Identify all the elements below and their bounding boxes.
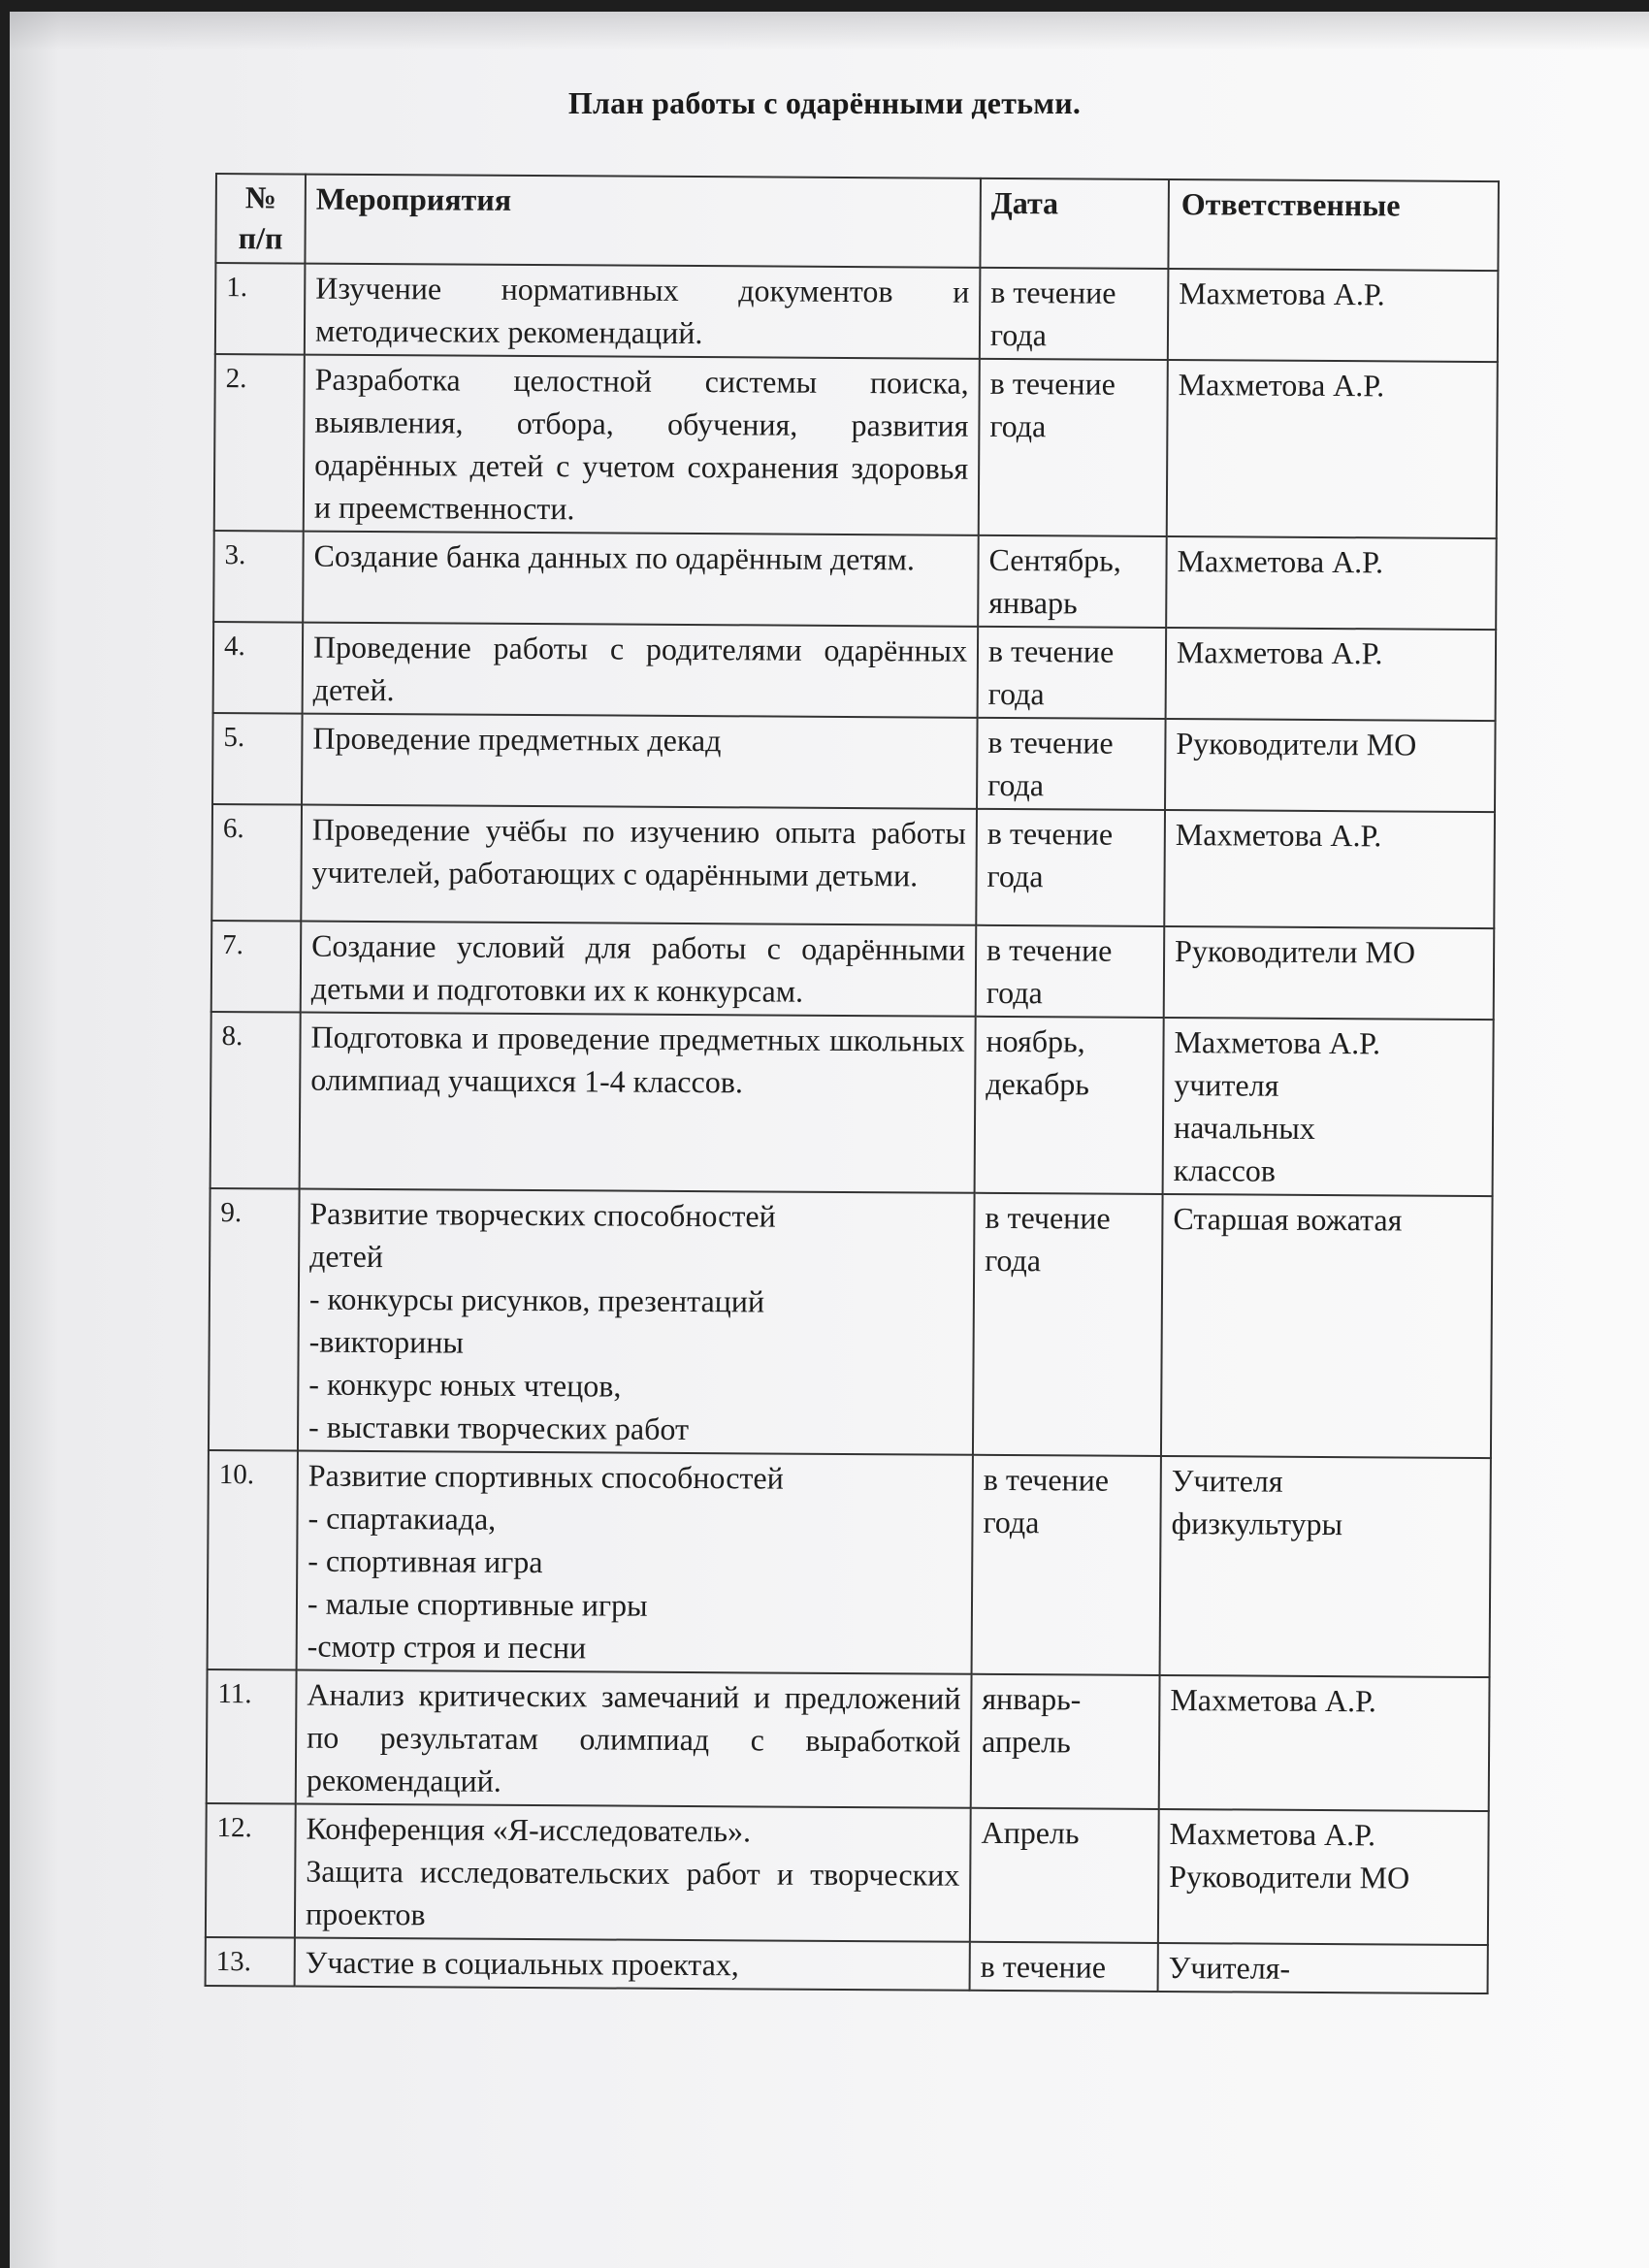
event-cell-line: Проведение учёбы по изучению опыта работ…	[311, 808, 966, 897]
event-cell-line: Участие в социальных проектах,	[306, 1941, 959, 1988]
date-cell: в течениегода	[980, 268, 1169, 360]
event-cell-line: Защита исследовательских работ и творчес…	[306, 1850, 960, 1939]
document-title: План работы с одарёнными детьми.	[0, 85, 1649, 121]
event-cell-line: -смотр строя и песни	[307, 1625, 961, 1671]
responsible-cell-line: Старшая вожатая	[1173, 1197, 1481, 1242]
date-cell-line: в течение	[987, 721, 1154, 764]
event-cell: Разработка целостной системы поиска, выя…	[304, 355, 980, 535]
date-cell-line: года	[988, 672, 1155, 716]
date-cell-line: в течение	[984, 1458, 1150, 1502]
responsible-cell-line: Руководители МО	[1176, 722, 1484, 766]
scan-shadow	[10, 12, 1649, 50]
date-cell: в течениегода	[979, 359, 1168, 536]
row-number: 13.	[206, 1937, 295, 1987]
date-cell: Апрель	[970, 1808, 1159, 1943]
table-row: 6.Проведение учёбы по изучению опыта раб…	[211, 804, 1495, 928]
responsible-cell-line: физкультуры	[1171, 1502, 1479, 1546]
date-cell: январь-апрель	[971, 1674, 1160, 1809]
event-cell-line: детей	[309, 1235, 963, 1281]
row-number: 1.	[215, 263, 306, 355]
event-cell: Подготовка и проведение предметных школь…	[300, 1013, 976, 1193]
event-cell-line: Создание банка данных по одарённым детям…	[313, 535, 967, 581]
date-cell-line: Сентябрь,	[988, 538, 1155, 582]
event-cell: Проведение учёбы по изучению опыта работ…	[301, 805, 977, 925]
date-cell: в течениегода	[976, 809, 1165, 926]
table-row: 9.Развитие творческих способностейдетей-…	[209, 1188, 1493, 1458]
date-cell: ноябрь,декабрь	[975, 1017, 1164, 1194]
row-number: 3.	[213, 531, 304, 623]
responsible-cell: Учителя-	[1158, 1943, 1488, 1993]
event-cell-line: -викторины	[309, 1320, 963, 1367]
date-cell-line: в течение	[988, 630, 1155, 673]
date-cell-line: Апрель	[981, 1811, 1148, 1855]
responsible-cell: Руководители МО	[1164, 926, 1495, 1020]
responsible-cell: Махметова А.Р.	[1164, 810, 1495, 928]
table-row: 7.Создание условий для работы с одарённы…	[211, 921, 1495, 1020]
responsible-cell-line: Учителя	[1172, 1459, 1480, 1504]
event-cell: Конференция «Я-исследователь».Защита исс…	[295, 1804, 971, 1942]
responsible-cell-line: Махметова А.Р.	[1170, 1678, 1478, 1723]
date-cell-line: январь-	[982, 1677, 1148, 1721]
event-cell-line: - спортивная игра	[307, 1539, 961, 1586]
responsible-cell-line: Махметова А.Р.	[1176, 813, 1484, 858]
date-cell: Сентябрь,январь	[978, 535, 1167, 628]
responsible-cell-line: Учителя-	[1169, 1946, 1477, 1991]
row-number: 8.	[210, 1012, 301, 1189]
date-cell-line: года	[990, 313, 1157, 357]
date-cell-line: январь	[988, 581, 1155, 625]
event-cell: Проведение работы с родителями одарённых…	[303, 623, 979, 718]
row-number: 7.	[211, 921, 302, 1013]
responsible-cell-line: учителя	[1174, 1063, 1482, 1108]
table-row: 3.Создание банка данных по одарённым дет…	[213, 531, 1497, 630]
event-cell: Развитие творческих способностейдетей- к…	[298, 1189, 975, 1455]
responsible-cell: Махметова А.Р.	[1168, 269, 1499, 362]
responsible-cell: Учителяфизкультуры	[1160, 1456, 1491, 1677]
event-cell-line: Проведение предметных декад	[312, 717, 966, 763]
event-cell-line: Развитие творческих способностей	[309, 1192, 963, 1239]
table-row: 10.Развитие спортивных способностей- спа…	[208, 1450, 1491, 1677]
responsible-cell: Махметова А.Р.	[1167, 360, 1498, 538]
date-cell-line: в течение	[981, 1945, 1148, 1989]
responsible-cell-line: начальных	[1174, 1106, 1482, 1150]
date-cell-line: года	[986, 971, 1153, 1015]
event-cell-line: Анализ критических замечаний и предложен…	[307, 1673, 961, 1805]
date-cell-line: ноябрь,	[986, 1020, 1152, 1063]
event-cell-line: - спартакиада,	[307, 1497, 961, 1543]
responsible-cell-line: Махметова А.Р.	[1179, 272, 1487, 316]
responsible-cell-line: Руководители МО	[1175, 929, 1483, 974]
date-cell-line: в течение	[987, 812, 1154, 856]
event-cell-line: Подготовка и проведение предметных школь…	[310, 1016, 965, 1105]
date-cell: в течениегода	[976, 925, 1165, 1018]
row-number: 9.	[209, 1188, 300, 1451]
event-cell-line: Проведение работы с родителями одарённых…	[313, 626, 968, 715]
row-number: 2.	[214, 354, 305, 532]
responsible-cell-line: Махметова А.Р.	[1177, 631, 1485, 675]
event-cell-line: Создание условий для работы с одарёнными…	[311, 924, 966, 1014]
date-cell-line: в течение	[985, 1196, 1151, 1240]
table-row: 11.Анализ критических замечаний и предло…	[207, 1669, 1490, 1811]
table-row: 13.Участие в социальных проектах,в течен…	[206, 1937, 1488, 1993]
table-row: 4.Проведение работы с родителями одарённ…	[213, 622, 1497, 721]
date-cell-line: года	[987, 763, 1154, 807]
table-row: 1.Изучение нормативных документов и мето…	[215, 263, 1499, 362]
header-number: № п/п	[215, 174, 306, 264]
event-cell: Создание условий для работы с одарёнными…	[301, 922, 977, 1017]
responsible-cell-line: Махметова А.Р.	[1169, 1812, 1477, 1857]
date-cell: в течение	[970, 1942, 1158, 1992]
responsible-cell: Махметова А.Р.	[1166, 628, 1497, 721]
date-cell: в течениегода	[973, 1193, 1163, 1456]
header-date: Дата	[980, 178, 1169, 269]
date-cell-line: в течение	[990, 271, 1157, 314]
event-cell: Анализ критических замечаний и предложен…	[296, 1670, 972, 1808]
row-number: 11.	[207, 1669, 297, 1804]
date-cell: в течениегода	[977, 718, 1166, 810]
table-header-row: № п/п Мероприятия Дата Ответственные	[215, 174, 1499, 271]
table-row: 5.Проведение предметных декадв течениего…	[212, 713, 1496, 812]
responsible-cell: Старшая вожатая	[1161, 1194, 1493, 1458]
date-cell-line: года	[985, 1239, 1151, 1282]
responsible-cell: Махметова А.Р.	[1159, 1675, 1490, 1811]
responsible-cell: Руководители МО	[1165, 719, 1496, 812]
date-cell-line: декабрь	[986, 1062, 1152, 1106]
event-cell-line: Развитие спортивных способностей	[308, 1454, 962, 1501]
date-cell-line: в течение	[986, 928, 1153, 972]
responsible-cell-line: классов	[1174, 1149, 1482, 1193]
table-row: 8.Подготовка и проведение предметных шко…	[210, 1012, 1494, 1196]
event-cell-line: - конкурс юных чтецов,	[308, 1363, 962, 1409]
table-row: 2.Разработка целостной системы поиска, в…	[214, 354, 1498, 538]
responsible-cell: Махметова А.Р.Руководители МО	[1158, 1809, 1489, 1945]
row-number: 6.	[211, 804, 302, 922]
event-cell-line: Разработка целостной системы поиска, выя…	[314, 358, 969, 533]
event-cell-line: - конкурсы рисунков, презентаций	[309, 1278, 963, 1324]
event-cell: Участие в социальных проектах,	[295, 1938, 970, 1991]
header-responsible: Ответственные	[1168, 179, 1499, 271]
responsible-cell-line: Махметова А.Р.	[1174, 1021, 1482, 1065]
date-cell: в течениегода	[978, 627, 1167, 719]
responsible-cell-line: Махметова А.Р.	[1177, 539, 1485, 584]
event-cell-line: Изучение нормативных документов и методи…	[315, 267, 970, 356]
table-row: 12.Конференция «Я-исследователь».Защита …	[206, 1803, 1489, 1945]
event-cell: Изучение нормативных документов и методи…	[305, 264, 981, 359]
event-cell-line: Конференция «Я-исследователь».	[306, 1807, 959, 1854]
responsible-cell: Махметова А.Р.	[1166, 536, 1497, 630]
date-cell-line: апрель	[982, 1720, 1148, 1764]
date-cell-line: в течение	[990, 362, 1157, 405]
responsible-cell-line: Руководители МО	[1169, 1855, 1477, 1899]
date-cell-line: года	[983, 1501, 1149, 1544]
work-plan-table: № п/п Мероприятия Дата Ответственные 1.И…	[205, 173, 1500, 1994]
date-cell-line: года	[986, 855, 1153, 898]
date-cell-line: года	[989, 405, 1156, 448]
event-cell: Развитие спортивных способностей- спарта…	[297, 1451, 973, 1674]
responsible-cell: Махметова А.Р.учителяначальныхклассов	[1163, 1018, 1494, 1196]
header-event: Мероприятия	[305, 175, 981, 268]
event-cell-line: - малые спортивные игры	[307, 1582, 961, 1629]
responsible-cell-line: Махметова А.Р.	[1179, 363, 1487, 407]
row-number: 12.	[206, 1803, 296, 1938]
row-number: 5.	[212, 713, 303, 805]
row-number: 10.	[208, 1450, 298, 1670]
row-number: 4.	[213, 622, 304, 714]
event-cell-line: - выставки творческих работ	[308, 1406, 962, 1452]
event-cell: Создание банка данных по одарённым детям…	[303, 532, 979, 627]
event-cell: Проведение предметных декад	[302, 714, 978, 809]
date-cell: в течениегода	[972, 1455, 1161, 1675]
